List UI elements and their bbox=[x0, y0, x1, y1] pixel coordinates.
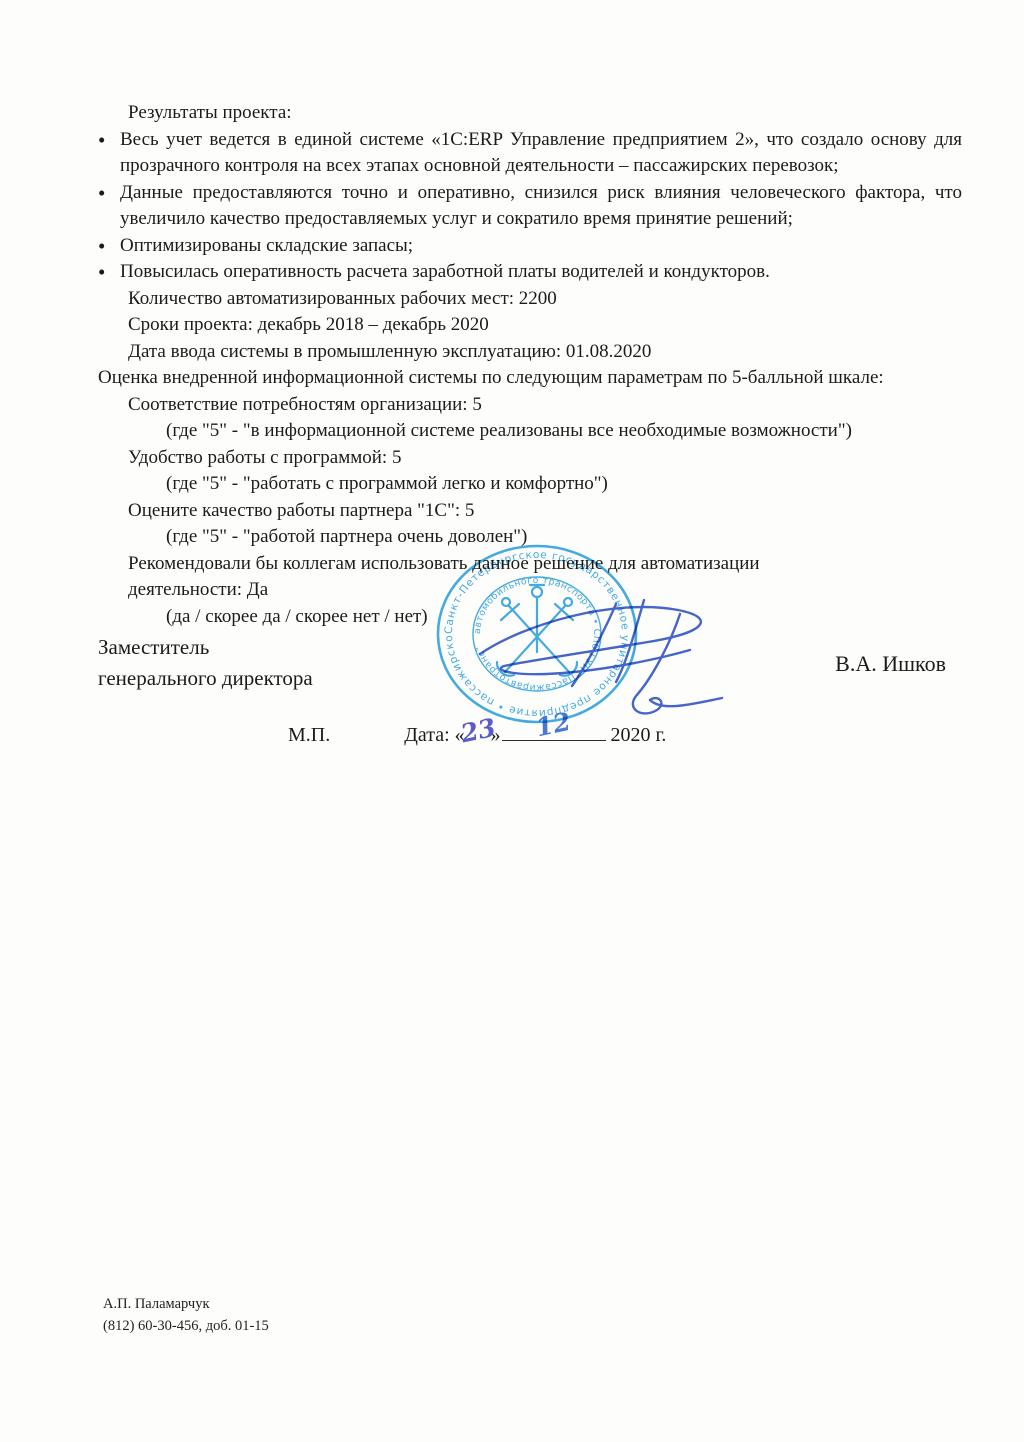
rating-label: Оцените качество работы партнера "1С": 5 bbox=[128, 498, 962, 525]
list-item: Данные предоставляются точно и оперативн… bbox=[98, 180, 962, 233]
rating-label: Соответствие потребностям организации: 5 bbox=[128, 392, 962, 419]
contact-name: А.П. Паламарчук bbox=[103, 1293, 269, 1315]
list-item: Повысилась оперативность расчета заработ… bbox=[98, 259, 962, 286]
recommendation-answer: деятельности: Да bbox=[128, 577, 962, 604]
date-line: М.П.Дата: «23»122020 г. bbox=[98, 718, 962, 750]
bullet-icon bbox=[98, 127, 120, 180]
date-blank-line: 12 bbox=[502, 718, 606, 741]
contact-phone: (812) 60-30-456, доб. 01-15 bbox=[103, 1315, 269, 1337]
recommendation-line: Рекомендовали бы коллегам использовать д… bbox=[128, 551, 962, 578]
rating-note: (где "5" - "работой партнера очень довол… bbox=[166, 524, 962, 551]
fact-launch-date: Дата ввода системы в промышленную эксплу… bbox=[128, 339, 962, 366]
fact-timeline: Сроки проекта: декабрь 2018 – декабрь 20… bbox=[128, 312, 962, 339]
bullet-icon bbox=[98, 180, 120, 233]
results-heading: Результаты проекта: bbox=[128, 100, 962, 127]
signer-name: В.А. Ишков bbox=[835, 648, 962, 679]
list-item: Весь учет ведется в единой системе «1С:E… bbox=[98, 127, 962, 180]
bullet-text: Весь учет ведется в единой системе «1С:E… bbox=[120, 127, 962, 180]
handwritten-month: 12 bbox=[534, 707, 574, 744]
assessment-intro: Оценка внедренной информационной системы… bbox=[98, 365, 962, 392]
recommendation-note: (да / скорее да / скорее нет / нет) bbox=[166, 604, 962, 631]
rating-note: (где "5" - "работать с программой легко … bbox=[166, 471, 962, 498]
signer-role-line1: Заместитель bbox=[98, 632, 313, 663]
rating-note: (где "5" - "в информационной системе реа… bbox=[166, 418, 962, 445]
bullet-icon bbox=[98, 259, 120, 286]
fact-workplaces: Количество автоматизированных рабочих ме… bbox=[128, 286, 962, 313]
signer-role-line2: генерального директора bbox=[98, 663, 313, 694]
letter-body: Результаты проекта: Весь учет ведется в … bbox=[98, 100, 962, 630]
signer-role: Заместитель генерального директора bbox=[98, 632, 313, 694]
date-label: Дата: bbox=[404, 724, 449, 746]
signature-block: Заместитель генерального директора В.А. … bbox=[98, 632, 962, 694]
rating-label: Удобство работы с программой: 5 bbox=[128, 445, 962, 472]
bullet-text: Оптимизированы складские запасы; bbox=[120, 233, 962, 260]
stamp-place-label: М.П. bbox=[288, 724, 330, 746]
contact-footer: А.П. Паламарчук (812) 60-30-456, доб. 01… bbox=[103, 1293, 269, 1337]
bullet-text: Данные предоставляются точно и оперативн… bbox=[120, 180, 962, 233]
list-item: Оптимизированы складские запасы; bbox=[98, 233, 962, 260]
year-text: 2020 г. bbox=[610, 724, 666, 746]
bullet-icon bbox=[98, 233, 120, 260]
scanned-letter-page: Результаты проекта: Весь учет ведется в … bbox=[0, 0, 1024, 1442]
bullet-text: Повысилась оперативность расчета заработ… bbox=[120, 259, 962, 286]
